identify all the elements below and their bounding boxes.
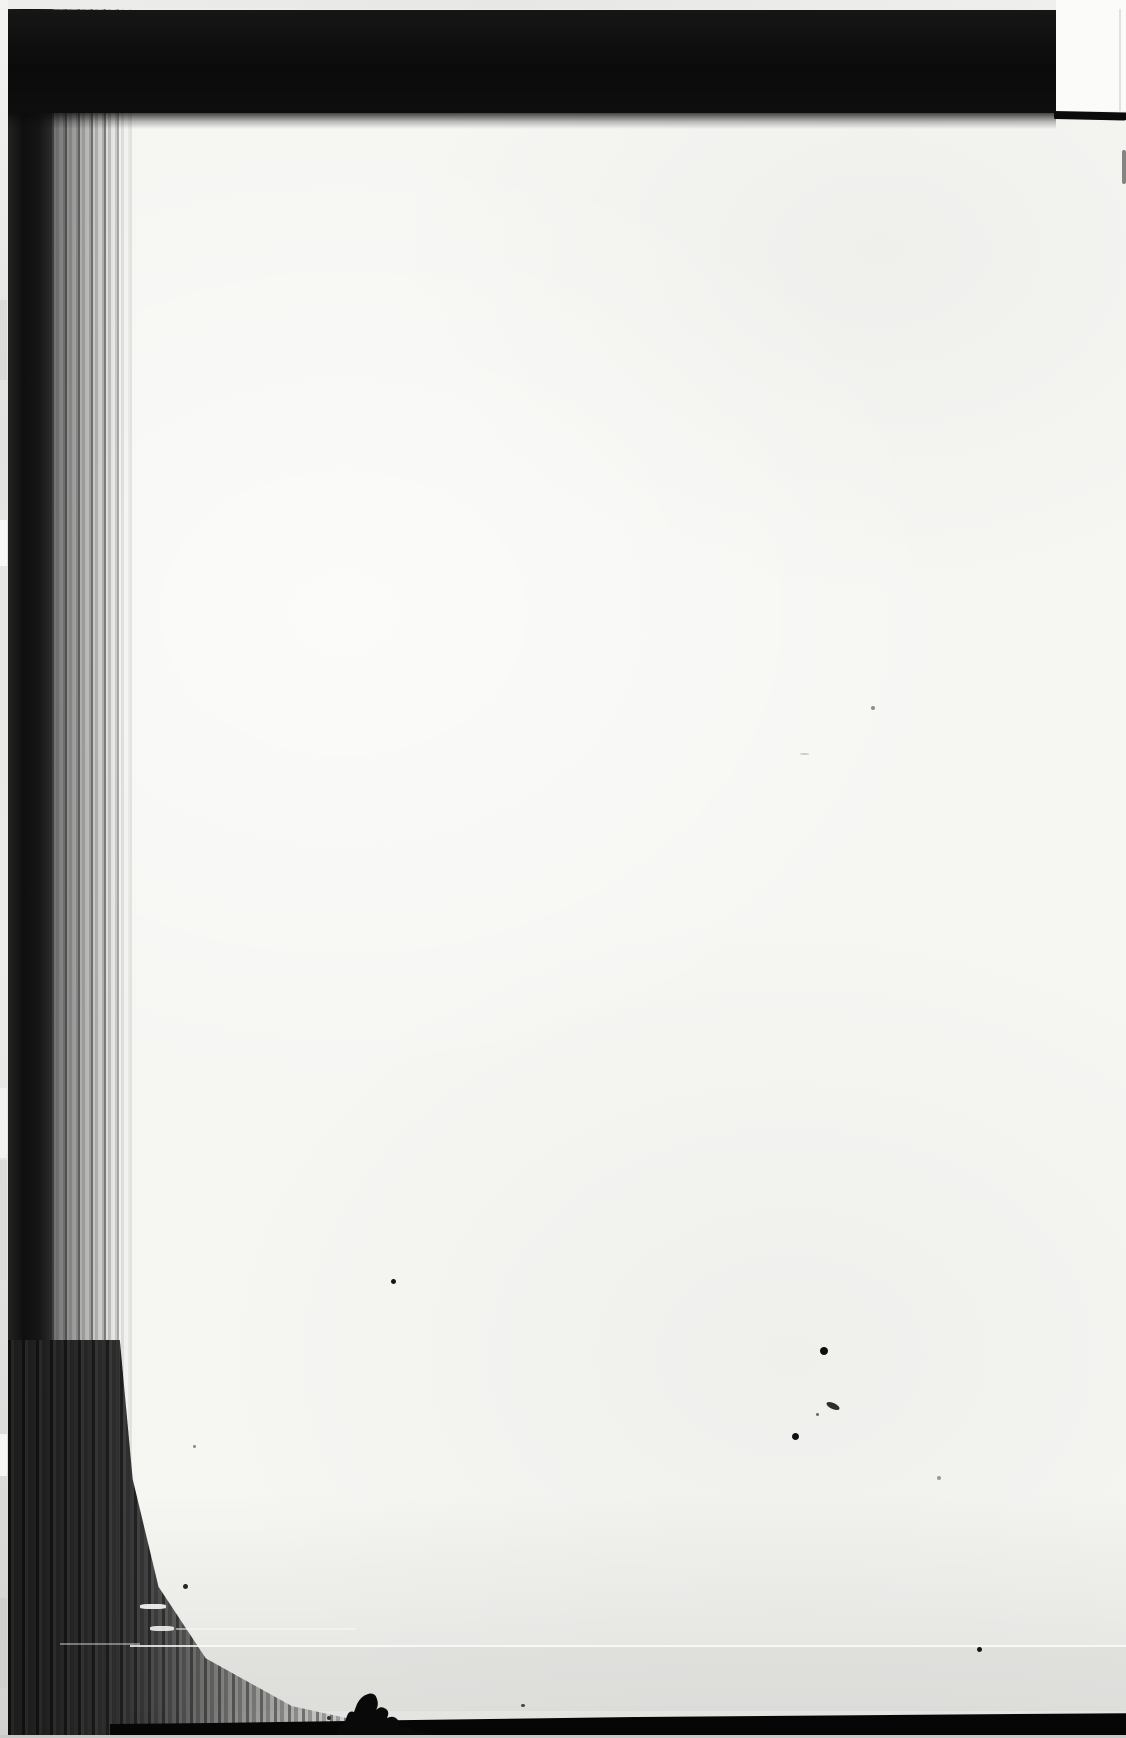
ink-blot-shape bbox=[335, 1694, 445, 1738]
right-edge-mark bbox=[1122, 150, 1126, 184]
top-right-film-notch bbox=[1056, 0, 1126, 111]
page-surface bbox=[8, 9, 1126, 1735]
corner-crease-line bbox=[1119, 9, 1121, 111]
scanned-page-photo bbox=[0, 0, 1126, 1738]
top-exposure-bar bbox=[8, 10, 1056, 113]
crease-shadow-region bbox=[130, 1647, 1126, 1711]
ink-blot bbox=[335, 1682, 445, 1738]
film-edge-line bbox=[1054, 111, 1126, 121]
scanner-bed-left-edge bbox=[0, 0, 8, 1738]
